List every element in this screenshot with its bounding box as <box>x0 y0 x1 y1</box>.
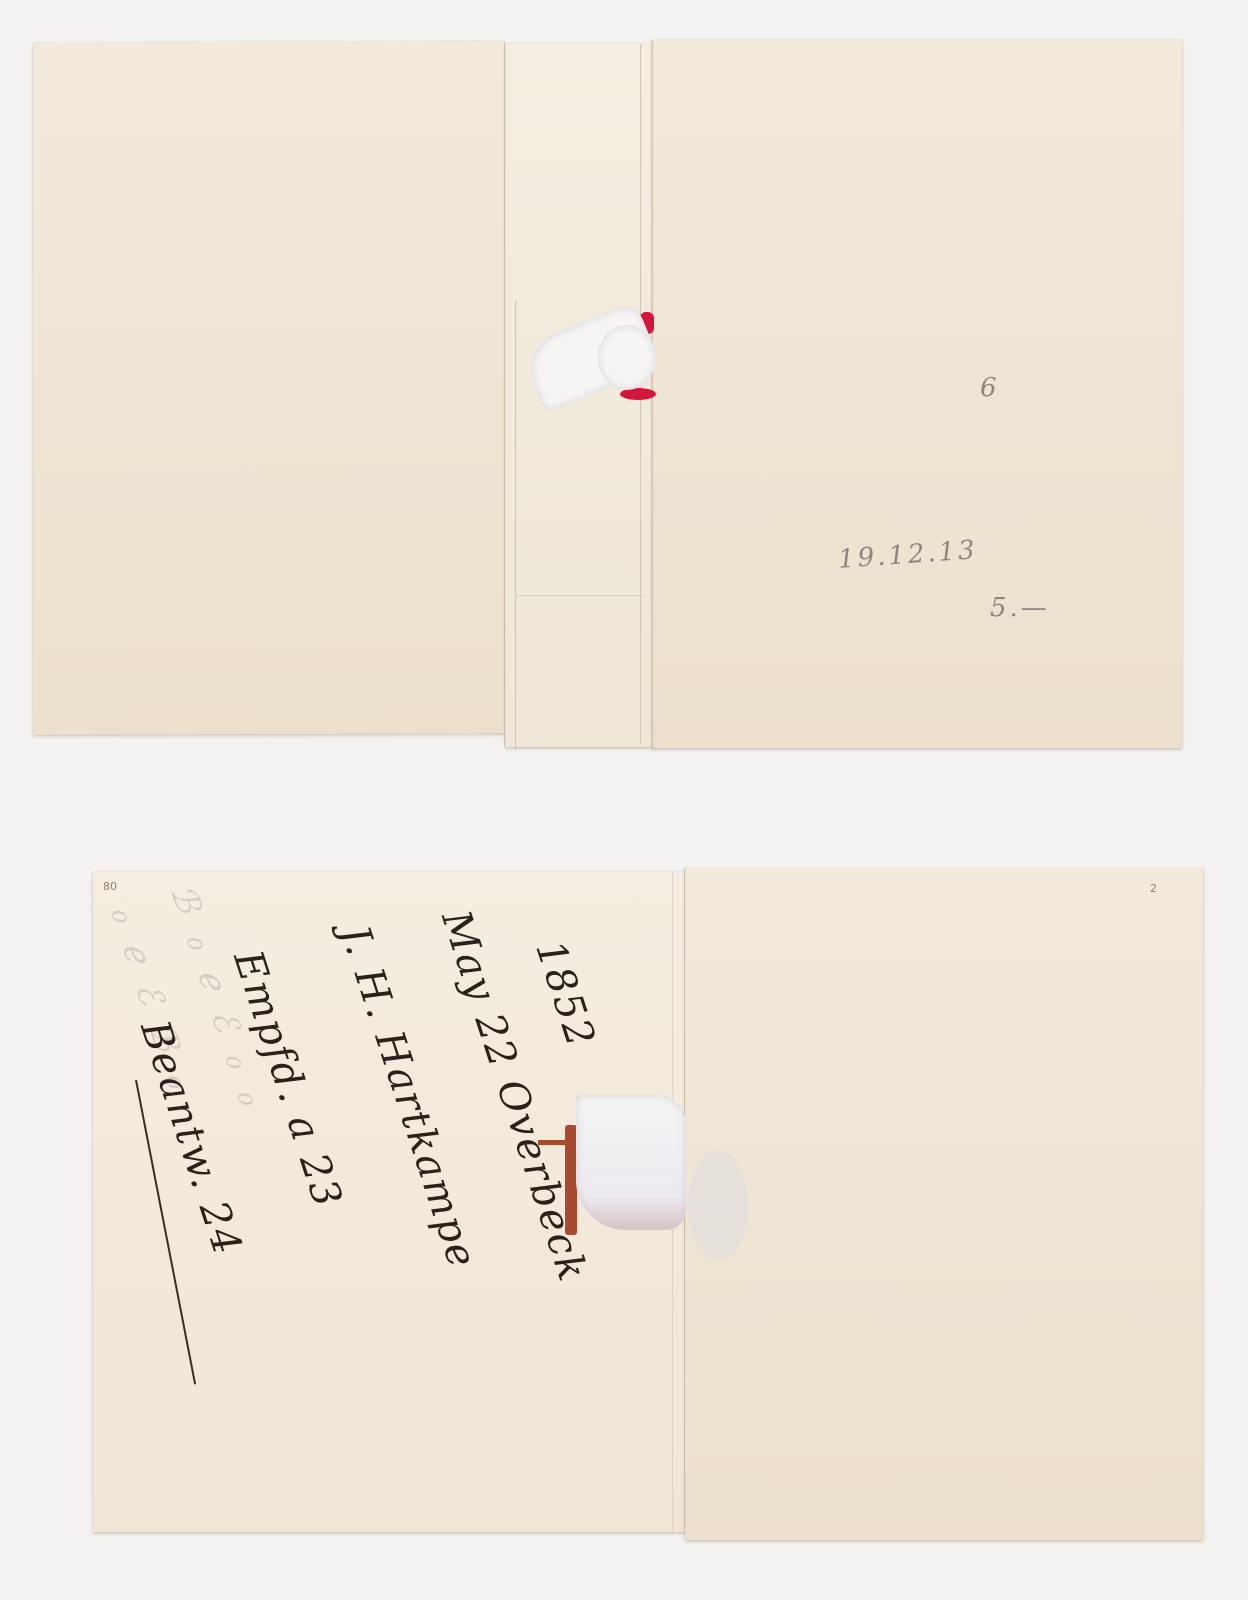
corner-number-left: 80 <box>103 880 117 893</box>
bottom-letter-right-panel <box>685 868 1203 1540</box>
pencil-price: 5.— <box>990 593 1050 623</box>
wax-seal-residue-bottom-top <box>538 1140 576 1145</box>
top-fold-left <box>504 42 506 747</box>
top-fold-inner-left <box>515 300 517 750</box>
top-flap-edge <box>515 595 645 597</box>
corner-number-right: 2 <box>1150 882 1157 895</box>
torn-seal-paper-bottom <box>576 1095 686 1230</box>
seal-shadow-bottom <box>688 1150 748 1260</box>
pencil-mark: 6 <box>980 373 1000 403</box>
top-letter-right-panel <box>652 40 1182 748</box>
torn-seal-disc-top <box>598 325 656 390</box>
top-letter-left-panel <box>33 41 505 735</box>
